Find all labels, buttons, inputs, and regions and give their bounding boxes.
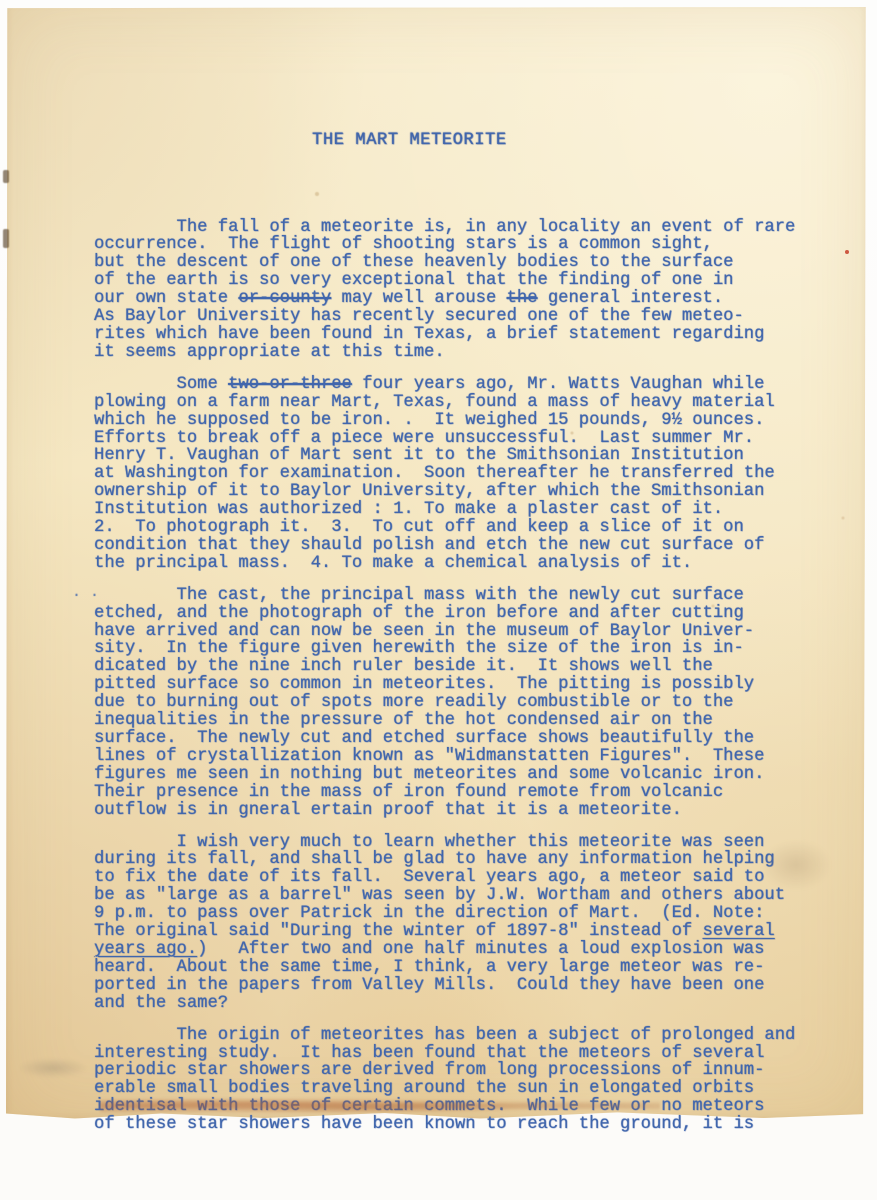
left-edge-mark	[3, 229, 9, 248]
typed-text: be as "large as a barrel" was seen by J.…	[94, 886, 785, 905]
typed-text: As Baylor University has recently secure…	[94, 307, 744, 326]
typed-text: general interest.	[538, 289, 724, 308]
typed-text: due to burning out of spots more readily…	[94, 693, 733, 712]
typed-text: The original said "During the winter of …	[94, 922, 703, 941]
typed-text: The origin of meteorites has been a subj…	[94, 1026, 795, 1045]
document-title: THE MART METEORITE	[312, 132, 810, 150]
typed-text: to fix the date of its fall. Several yea…	[94, 868, 764, 887]
typed-text: The cast, the principal mass with the ne…	[94, 586, 744, 605]
typed-text: surface. The newly cut and etched surfac…	[94, 729, 754, 748]
typed-text: outflow is in gneral ertain proof that i…	[94, 801, 682, 820]
typed-text: at Washington for examination. Soon ther…	[94, 464, 775, 483]
rust-stain	[100, 1097, 660, 1113]
typed-text: periodic star showers are derived from l…	[94, 1061, 764, 1080]
typed-text: four years ago, Mr. Watts Vaughan while	[352, 375, 765, 394]
typed-text: ported in the papers from Valley Mills. …	[94, 976, 764, 995]
typed-text: Some	[94, 375, 228, 394]
pencil-smudge	[758, 838, 834, 892]
typed-text: pitted surface so common in meteorites. …	[94, 675, 754, 694]
typed-text: 9 p.m. to pass over Patrick in the direc…	[94, 904, 764, 923]
typed-text: the principal mass. 4. To make a chemica…	[94, 554, 692, 573]
typed-text: 2. To photograph it. 3. To cut off and k…	[94, 518, 744, 537]
typed-text: it seems appropriate at this time.	[94, 343, 445, 362]
typed-text: have arrived and can now be seen in the …	[94, 622, 754, 641]
typed-text: etched, and the photograph of the iron b…	[94, 604, 744, 623]
paragraph-5: The origin of meteorites has been a subj…	[94, 1027, 810, 1134]
typed-text: Efforts to break off a piece were unsucc…	[94, 429, 754, 448]
underlined-text: years ago.	[94, 940, 197, 959]
typed-text: of the earth is so very exceptional that…	[94, 271, 733, 290]
paragraph-2: Some two-or-three four years ago, Mr. Wa…	[94, 376, 810, 573]
typed-text: may well arouse	[331, 289, 506, 308]
typed-text: figures me seen in nothing but meteorite…	[94, 765, 764, 784]
struck-out-text: the	[507, 289, 538, 308]
left-edge-mark	[3, 170, 9, 183]
scan-background: THE MART METEORITE The fall of a meteori…	[0, 0, 877, 1200]
typed-text: lines of crystallization known as "Widma…	[94, 747, 764, 766]
underlined-text: several	[703, 922, 775, 941]
typed-text: heard. About the same time, I think, a v…	[94, 958, 764, 977]
typed-text: ownership of it to Baylor University, af…	[94, 482, 764, 501]
typed-text: which he supposed to be iron. . It weigh…	[94, 411, 764, 430]
typed-text: Their presence in the mass of iron found…	[94, 783, 723, 802]
paragraph-1: The fall of a meteorite is, in any local…	[94, 219, 810, 362]
typed-text: condition that they shauld polish and et…	[94, 536, 764, 555]
document-text: THE MART METEORITE The fall of a meteori…	[94, 96, 810, 1170]
typed-text: I wish very much to learn whether this m…	[94, 833, 764, 852]
struck-out-text: two-or-three	[228, 375, 352, 394]
foxing-specks	[6, 7, 8, 9]
typed-text: during its fall, and shall be glad to ha…	[94, 850, 775, 869]
typed-text: erable small bodies traveling around the…	[94, 1079, 754, 1098]
typed-text: plowing on a farm near Mart, Texas, foun…	[94, 393, 775, 412]
stray-ink-marks: . .	[72, 584, 99, 601]
struck-out-text: or-county	[238, 289, 331, 308]
typed-text: occurrence. The flight of shooting stars…	[94, 235, 713, 254]
red-ink-dot	[845, 250, 849, 254]
typed-text: dicated by the nine inch ruler beside it…	[94, 657, 713, 676]
typed-text: sity. In the figure given herewith the s…	[94, 639, 744, 658]
typed-text: interesting study. It has been found tha…	[94, 1044, 764, 1063]
typed-text: rites which have been found in Texas, a …	[94, 325, 764, 344]
typed-text: and the same?	[94, 994, 228, 1013]
typed-text: our own state	[94, 289, 238, 308]
typed-text: Henry T. Vaughan of Mart sent it to the …	[94, 446, 744, 465]
typed-text: ) After two and one half minutes a loud …	[197, 940, 764, 959]
document-body: The fall of a meteorite is, in any local…	[94, 219, 810, 1135]
paragraph-4: I wish very much to learn whether this m…	[94, 834, 810, 1013]
pencil-smudge	[18, 1058, 88, 1078]
typed-text: inequalities in the pressure of the hot …	[94, 711, 713, 730]
typed-text: Institution was authorized : 1. To make …	[94, 500, 723, 519]
paragraph-3: The cast, the principal mass with the ne…	[94, 587, 810, 820]
typed-text: but the descent of one of these heavenly…	[94, 253, 733, 272]
typed-text: The fall of a meteorite is, in any local…	[94, 218, 795, 237]
typed-text: of these star showers have been known to…	[94, 1115, 754, 1134]
